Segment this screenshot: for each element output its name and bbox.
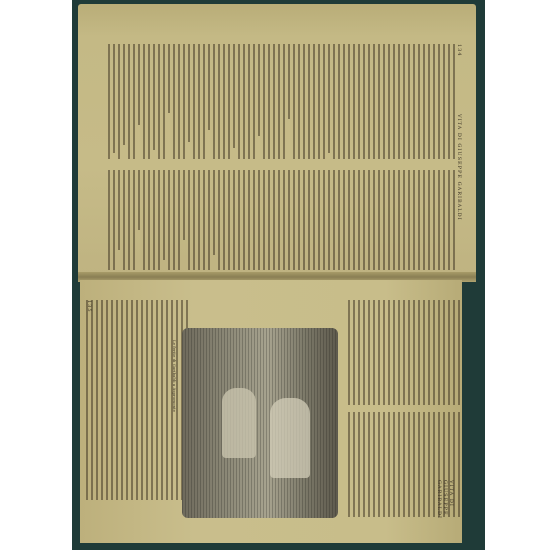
upper-page-number: 134 (456, 44, 462, 57)
lower-running-head: VITA DI GIUSEPPE GARIBALDI (436, 480, 454, 543)
upper-text-column-left (108, 44, 455, 159)
upper-text-column-right (108, 170, 455, 270)
lower-text-column-upper (348, 300, 460, 405)
upper-running-head: VITA DI GIUSEPPE GARIBALDI (456, 114, 462, 221)
engraving-figure-standing (222, 388, 256, 458)
engraving-figure-seated (270, 398, 310, 478)
engraving-illustration (182, 328, 338, 518)
illustration-caption: Le ferite di Garibaldi a Aspromonte (172, 340, 177, 460)
upper-page: 134 VITA DI GIUSEPPE GARIBALDI (78, 4, 476, 276)
